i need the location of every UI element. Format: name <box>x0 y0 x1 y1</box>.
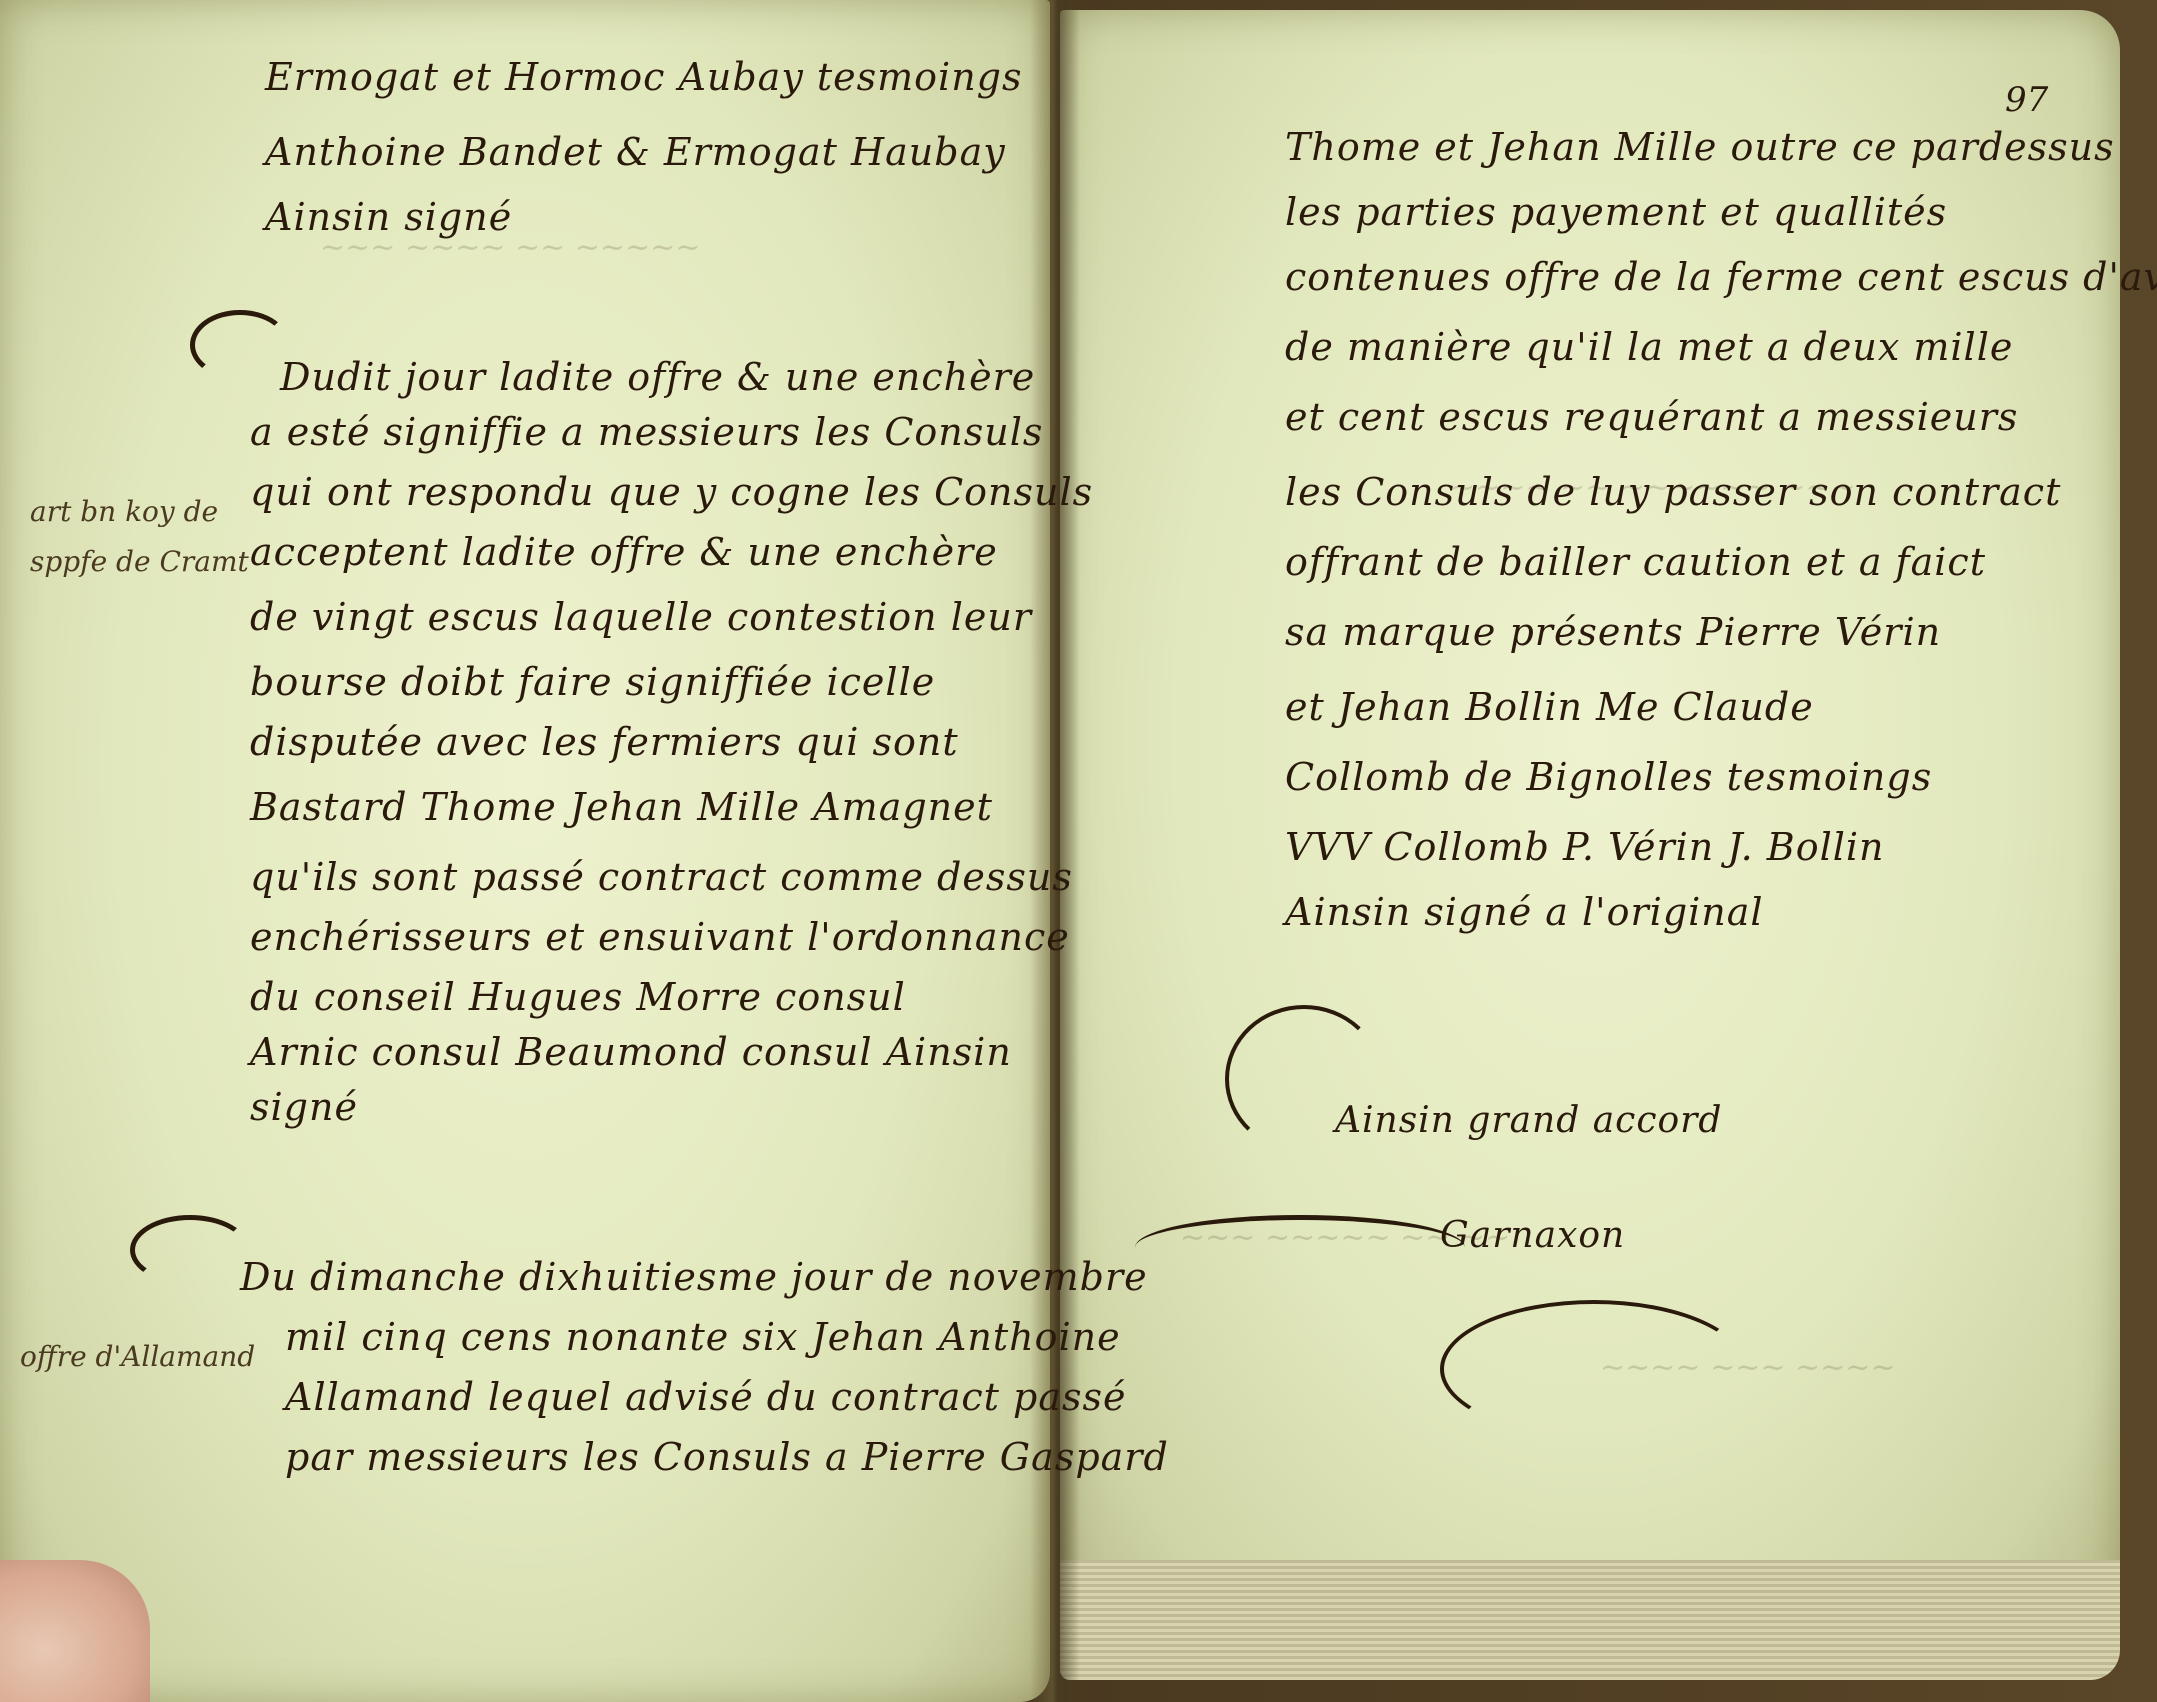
initial-flourish <box>130 1215 250 1285</box>
right-line-2: les parties payement et quallités <box>1285 190 1947 234</box>
left-p2-line-9: qu'ils sont passé contract comme dessus <box>250 855 1073 899</box>
initial-flourish <box>190 310 290 380</box>
left-p1-line-1: Ermogat et Hormoc Aubay tesmoings <box>265 55 1023 99</box>
left-p1-line-2: Anthoine Bandet & Ermogat Haubay <box>265 130 1006 174</box>
right-line-12: Ainsin signé a l'original <box>1285 890 1764 934</box>
left-p1-line-3: Ainsin signé <box>265 195 512 239</box>
signature-stroke <box>1135 1215 1465 1280</box>
right-line-5: et cent escus requérant a messieurs <box>1285 395 2018 439</box>
page-edges <box>1060 1560 2120 1680</box>
right-line-7: offrant de bailler caution et a faict <box>1285 540 1986 584</box>
left-p2-line-5: de vingt escus laquelle contestion leur <box>250 595 1032 639</box>
left-p2-line-3: qui ont respondu que y cogne les Consuls <box>250 470 1093 514</box>
margin-note-2: offre d'Allamand <box>20 1340 255 1373</box>
right-line-4: de manière qu'il la met a deux mille <box>1285 325 2013 369</box>
right-line-11: VVV Collomb P. Vérin J. Bollin <box>1285 825 1885 869</box>
left-p2-line-8: Bastard Thome Jehan Mille Amagnet <box>250 785 993 829</box>
right-line-10: Collomb de Bignolles tesmoings <box>1285 755 1932 799</box>
left-p2-line-2: a esté signiffie a messieurs les Consuls <box>250 410 1043 454</box>
left-p2-line-4: acceptent ladite offre & une enchère <box>250 530 998 574</box>
margin-note-1-line-1: art bn koy de <box>30 495 218 528</box>
left-p2-line-1: Dudit jour ladite offre & une enchère <box>280 355 1035 399</box>
folio-number: 97 <box>2005 80 2048 120</box>
right-line-9: et Jehan Bollin Me Claude <box>1285 685 1814 729</box>
left-p2-line-6: bourse doibt faire signiffiée icelle <box>250 660 935 704</box>
left-p3-line-2: mil cinq cens nonante six Jehan Anthoine <box>285 1315 1121 1359</box>
left-p3-line-4: par messieurs les Consuls a Pierre Gaspa… <box>285 1435 1169 1479</box>
right-line-3: contenues offre de la ferme cent escus d… <box>1285 255 2157 299</box>
left-p3-line-1: Du dimanche dixhuitiesme jour de novembr… <box>240 1255 1148 1299</box>
left-p2-line-10: enchérisseurs et ensuivant l'ordonnance <box>250 915 1070 959</box>
left-p2-line-12: Arnic consul Beaumond consul Ainsin <box>250 1030 1012 1074</box>
left-p2-line-13: signé <box>250 1085 358 1129</box>
book-spread: ~~~ ~~~~ ~~ ~~~~~ ~~~~ ~~ ~~~~~~ ~~~ ~~~… <box>0 0 2157 1702</box>
thumb-holding-page <box>0 1560 150 1702</box>
signature-line-1: Ainsin grand accord <box>1335 1100 1722 1141</box>
right-line-1: Thome et Jehan Mille outre ce pardessus <box>1285 125 2115 169</box>
left-p3-line-3: Allamand lequel advisé du contract passé <box>285 1375 1127 1419</box>
paraph-flourish <box>1440 1300 1748 1438</box>
right-line-8: sa marque présents Pierre Vérin <box>1285 610 1941 654</box>
signature-line-2: Garnaxon <box>1440 1215 1625 1256</box>
left-p2-line-7: disputée avec les fermiers qui sont <box>250 720 959 764</box>
left-p2-line-11: du conseil Hugues Morre consul <box>250 975 906 1019</box>
margin-note-1-line-2: sppfe de Cramt <box>30 545 249 578</box>
right-line-6: les Consuls de luy passer son contract <box>1285 470 2061 514</box>
